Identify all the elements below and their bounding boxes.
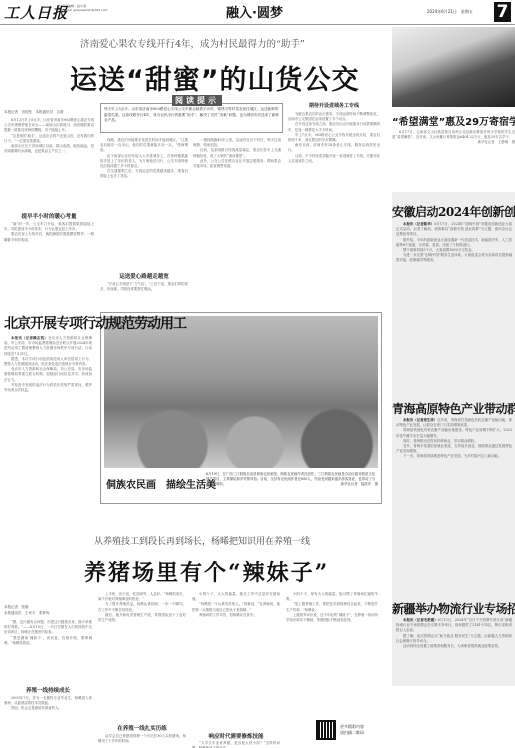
paragraph: 在开设这条专线之前，果农们出山只能靠步行或搭乘顺风车，往返一趟要花大半天时间。 (288, 122, 380, 132)
paragraph: 从学会自己养猪到管理一个年出栏30万头的猪场，杨晞用了十多年的时间。 (98, 734, 186, 744)
paragraph: 6月12日早上5点半，山东省济南市903路爱心果农专线公交车缓缓停靠在站台——南… (4, 118, 94, 134)
dateline: 本报讯（记者邢生祥） (403, 418, 437, 422)
paragraph: 本报讯（记者陈华）6月17日，2024年“创响中国”安徽省创新创业大赛正式启动。… (396, 222, 512, 238)
pig-col1-more: 2009年7月，作为一名畜牧专业毕业生，杨晞进入养殖场，从最基层的技术员做起。 … (4, 696, 92, 746)
paragraph: 下一步，青海将持续推进特色产业发展，为乡村振兴注入新动能。 (396, 454, 512, 459)
lead-col2-more: “开爱心专线是个‘力气活’。”上官宁说，果农们带的筐多、东西重，司机经常要帮忙搬… (100, 282, 188, 306)
lead-byline: 本报记者 田国垒 本报通讯员 吉莉 (4, 110, 64, 115)
beijing-body: 本报讯（记者赖志凯）北京市人力资源和社会保障局、市公安局、市市场监督管理局近日联… (4, 336, 92, 526)
dateline: 本报讯（记者陈华） (403, 222, 434, 226)
paragraph: 为进一步完善“创响中国”服务生态体系，大赛组委会将为参赛项目提供融资对接、政策辅… (396, 253, 512, 263)
lead-col1-subheading: 提早半小时的暖心考量 (4, 212, 94, 220)
xinjiang-headline: 新疆举办物流行业专场招聘会 (392, 600, 515, 617)
anhui-body: 本报讯（记者陈华）6月17日，2024年“创响中国”安徽省创新创业大赛正式启动。… (396, 222, 512, 372)
pig-byline-2: 本报通讯员 王家宇 张梦尚 (4, 611, 50, 616)
qinghai-headline: 青海高原特色产业带动群众增收 (392, 400, 515, 417)
pig-col1: “猪，这只猪有点问题，你把这只猪挑出来，换个单独的栏养着。”——6月10日，一只… (4, 620, 92, 680)
qinghai-body: 本报讯（记者邢生祥）近年来，青海省打造绿色有机农畜产品输出地，推动特色产业发展，… (396, 418, 512, 594)
paragraph: 据介绍，今年的创新创业大赛设置新一代信息技术、新能源汽车、人工智能等8个赛道，分… (396, 238, 512, 248)
pig-col2-subheading: 在养殖一线扎实历练 (98, 724, 186, 732)
pig-col3: 小的个子，大大的能量，她在工作中总是冲在最前面。 “杨晞是一个认真负责的人。”同… (192, 592, 280, 728)
contact-email: E-mail: grbsrwxmm@163.com (62, 8, 132, 12)
paragraph: “低上限养殖工作，要把技术和管理结合起来，不断提升生产效率。”杨晞说。 (286, 602, 378, 612)
paragraph: 南部山区位于济南城区以南，群山连绵，地处偏远，是济南重要的水源地，也是果品主产区… (4, 144, 94, 154)
folk-painting-photo (104, 316, 378, 468)
hope-dorm-photo (392, 27, 515, 107)
pig-headline: 养猪场里有个“辣妹子” (84, 556, 329, 587)
paragraph: 早上7点半，903路爱心公交专线车抵达终点站，果农们纷纷下车，前往附近的早市摆摊… (288, 133, 380, 143)
reading-tip-title: 阅读提示 (172, 95, 222, 106)
paragraph: 目前，这条线路日均客流量稳定，果农们在车上交流种植经验，成了大家的“流动课堂”。 (193, 148, 281, 158)
paragraph: 截至目前，济南市有28条爱心专线，服务沿线村民出行。 (288, 143, 380, 153)
editor-contact: 责任编辑：赵小春 E-mail: grbsrwxmm@163.com (62, 4, 132, 12)
dateline: 本报讯（记者毛艳霞） (403, 618, 438, 622)
paragraph: 随后，她开始负责管理生产段，带领团队创下了良好的生产成绩。 (98, 613, 186, 623)
photo-credit: 新华社记者 陆波岸 摄 (341, 482, 378, 487)
paragraph: 养殖场的工作辛苦，但杨晞乐在其中。 (192, 613, 280, 618)
pig-col2-more: 从学会自己养猪到管理一个年出栏30万头的猪场，杨晞用了十多年的时间。 (98, 734, 186, 748)
pig-col4: 小的个子，却有大大的能量，她习惯了养殖场忙碌的节奏。 “低上限养殖工作，要把技术… (286, 592, 378, 714)
lead-subheadline: 济南爱心果农专线开行4年，成为村民最得力的“助手” (80, 36, 305, 50)
paragraph: 上级领导评价说，这个年轻的“辣妹子”，在养殖一线用所学知识和实干精神，带领团队不… (286, 613, 378, 623)
anhui-headline: 安徽启动2024年创新创业大赛 (392, 203, 515, 220)
paragraph: 在交通便利之后，专线运送的瓜果越来越多，乘客们的脸上也多了笑容。 (100, 169, 188, 179)
beijing-headline: 北京开展专项行动规范劳动用工 (4, 313, 186, 333)
paragraph: “我是湖南‘辣妹子’，说话直，性格开朗，做事麻利。”杨晞笑着说。 (4, 636, 92, 646)
paragraph: “滴”的一声，公交车门开启，乘客们提着果筐陆续上车。司机提前半小时发车，只为让果… (4, 222, 94, 232)
dateline: 本报讯（记者赖志凯） (11, 336, 48, 340)
lead-col2: 线路，果农们可能要多花很长时间才能到城区。“让果农们能早一点出山，他们的瓜果就能… (100, 138, 188, 228)
paragraph: 青海加快绿色有机农畜产品输出地建设，特色产业规模不断扩大，2023年牦牛藏羊出栏… (396, 428, 512, 438)
lead-col3: 一趟线路跑40多公里，沿途有近百个村庄，每天往返两趟，风雨无阻。 目前，这条线路… (193, 138, 281, 306)
paragraph: 此外，公交公司还联合社区开展志愿服务，帮助果农对接市场，拓宽销售渠道。 (193, 159, 281, 169)
photo-caption-text: 6月19日，在广西三江侗族自治县侗族农民画馆，侗族农民画作者在创作。三江侗族农民… (206, 472, 378, 487)
lead-col1-more: “滴”的一声，公交车门开启，乘客们提着果筐陆续上车。司机提前半小时发车，只为让果… (4, 222, 94, 302)
paragraph: “杨晞是一个认真负责的人。”同事说，“在养殖场，她把每一头猪都当成自己的孩子来照… (192, 602, 280, 612)
paragraph: “猪，这只猪有点问题，你把这只猪挑出来，换个单独的栏养着。”——6月10日，一只… (4, 620, 92, 636)
lead-col2-subheading: 运送爱心路越走越宽 (100, 272, 188, 280)
paragraph: 本报讯（记者毛艳霞）6月13日，2024年“百日千万招聘专项行动”新疆物流行业专… (396, 618, 512, 634)
hope-body: 6月17日，云南省文山壮族苗族自治州丘北县新店彝族乡的小学校的学生走进“希望满堂… (392, 130, 515, 180)
paragraph: 据悉，本次专项行动包括规范用人单位招用工行为、整顿人力资源服务活动、依法查处违法… (4, 357, 92, 367)
page-number: 7 (494, 2, 511, 22)
paragraph: “开爱心专线是个‘力气活’。”上官宁说，果农们带的筐多、东西重，司机经常要帮忙搬… (100, 282, 188, 292)
paragraph: 北外，青海多渠道拓宽就业渠道，支持返乡创业，鼓励群众通过发展特色产业实现增收。 (396, 444, 512, 454)
lead-col4-subheading: 期待开设进城务工专线 (288, 102, 380, 109)
xinjiang-body: 本报讯（记者毛艳霞）6月13日，2024年“百日千万招聘专项行动”新疆物流行业专… (396, 618, 512, 682)
section-name: 融入·圆梦 (226, 2, 283, 21)
hope-headline: “希望满堂”惠及29万寄宿学生 (392, 113, 515, 128)
pig-col3-more: “大学生毕业来养猪，是否是大材小用？”这样的问题，杨晞被问了很多次。 (192, 741, 280, 748)
lead-headline: 运送“甜蜜”的山货公交 (70, 58, 360, 97)
lead-col4: 为配合果农们的出行需求，专线运营时间不断调整优化，济南市公交集团在沿线设置了多个… (288, 112, 380, 302)
paragraph: 据了解，此次招聘会以“助力就业 服务民生”为主题，由新疆人力资源和社会保障厅指导… (396, 634, 512, 644)
pig-col1-subheading: 养殖一线持续成长 (4, 686, 92, 694)
paragraph: 然而，机会总是留给有准备的人。 (4, 706, 92, 711)
lead-col1: 6月12日早上5点半，山东省济南市903路爱心果农专线公交车缓缓停靠在站台——南… (4, 118, 94, 178)
paragraph: 果农们登上专线车后，就把满筐的果篮摆放整齐，一路聊着今年的收成。 (4, 232, 94, 242)
reading-tip-text: 每天早上5点半，山东省济南市903路爱心专线公交车都会载着平沙村、锦绣川等村菜农… (104, 107, 279, 124)
paragraph: 为配合果农们的出行需求，专线运营时间不断调整优化，济南市公交集团在沿线设置了多个… (288, 112, 380, 122)
paragraph: 小的个子，大大的能量，她在工作中总是冲在最前面。 (192, 592, 280, 602)
paragraph: 对检查中发现的违法行为将依法依规严肃查处，维护劳动者合法权益。 (4, 383, 92, 393)
paragraph: 目前，不少村民希望能开设一条进城务工专线，方便年轻人往返城乡之间。 (288, 154, 380, 164)
paragraph: 北京市人力资源和社会保障局、市公安局、市市场监督管理局将建立联合机制，加强部门间… (4, 367, 92, 383)
photo-caption-title: 侗族农民画 描绘生活美 (106, 476, 216, 491)
issue-date: 2024年6月21日 星期五 (427, 9, 473, 15)
paragraph: 小的个子，却有大大的能量，她习惯了养殖场忙碌的节奏。 (286, 592, 378, 602)
photo-credit: 新华社记者 王静频 摄 (392, 140, 515, 145)
pig-subheadline: 从养殖技工到段长再到场长，杨晞把知识用在养殖一线 (94, 534, 310, 547)
paragraph: 6月17日，云南省文山壮族苗族自治州丘北县新店彝族乡的小学校的学生走进“希望满堂… (392, 130, 515, 140)
paragraph: 由于南部山区的年轻人大多进城务工，在家种植果蔬的多是上了年纪的老人。为方便他们出… (100, 154, 188, 170)
paragraph: 为了提升养殖效益，杨晞认真钻研，一步一个脚印，在工作中不断总结经验。 (98, 602, 186, 612)
paragraph: 本报讯（记者邢生祥）近年来，青海省打造绿色有机农畜产品输出地，推动特色产业发展，… (396, 418, 512, 428)
paragraph: 上手快，肯干活，吃苦耐劳，人品好，“杨晞的成长，离不开她对养殖事业的热爱。” (98, 592, 186, 602)
newspaper-logo: 工人日报 (4, 2, 68, 23)
pig-col2: 上手快，肯干活，吃苦耐劳，人品好，“杨晞的成长，离不开她对养殖事业的热爱。” 为… (98, 592, 186, 710)
pig-byline-1: 本报记者 张嫱 (4, 605, 29, 610)
paragraph: “这是咱的‘助手’，运送出去的不光是山货，还有我们的日子。”一位果农笑着说。 (4, 134, 94, 144)
qr-code[interactable] (316, 720, 336, 740)
pig-col3-subheading: 响应时代需要修炼技能 (192, 732, 280, 740)
paragraph: “大学生毕业来养猪，是否是大材小用？”这样的问题，杨晞被问了很多次。 (192, 741, 280, 748)
paragraph: 2009年7月，作为一名畜牧专业毕业生，杨晞进入养殖场，从最基层的技术员做起。 (4, 696, 92, 706)
paragraph: 线路，果农们可能要多花很长时间才能到城区。“让果农们能早一点出山，他们的瓜果就能… (100, 138, 188, 154)
paragraph: 本报讯（记者赖志凯）北京市人力资源和社会保障局、市公安局、市市场监督管理局近日联… (4, 336, 92, 357)
qr-caption: 更多精彩内容 请扫描二维码 (340, 724, 380, 736)
paragraph: 活动现场还设置了政策咨询服务台，为求职者提供就业政策宣传。 (396, 644, 512, 649)
paragraph: 一趟线路跑40多公里，沿途有近百个村庄，每天往返两趟，风雨无阻。 (193, 138, 281, 148)
